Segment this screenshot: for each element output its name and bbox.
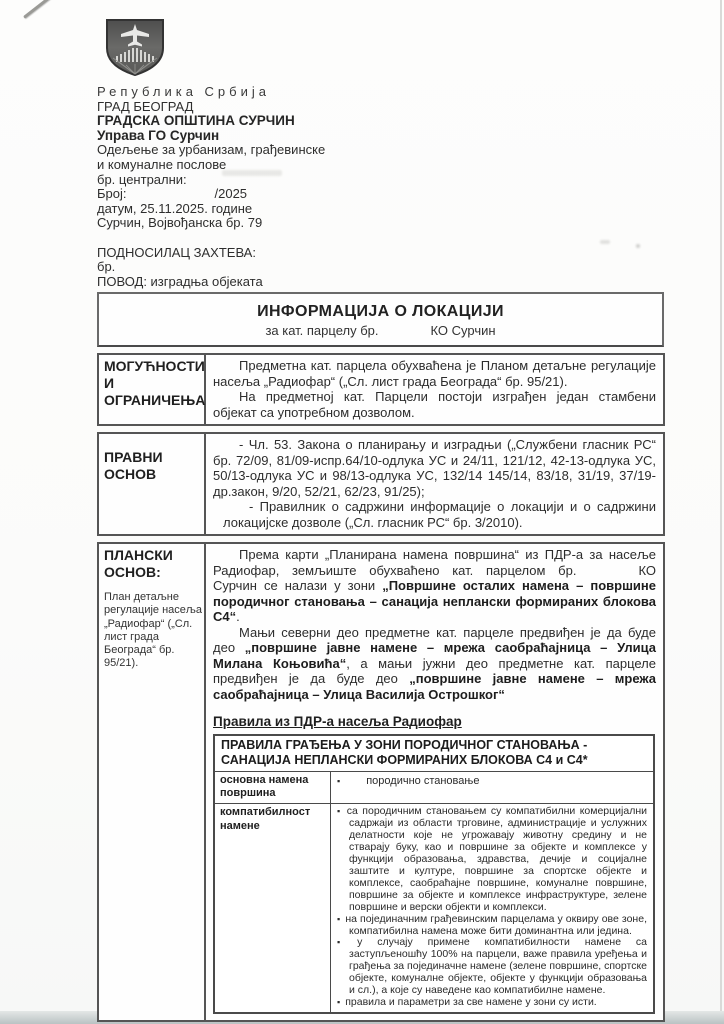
title-box: ИНФОРМАЦИЈА О ЛОКАЦИЈИ за кат. парцелу б… xyxy=(97,292,664,347)
legal-basis-content-cell: - Чл. 53. Закона о планирању и изградњи … xyxy=(206,434,663,534)
document-title: ИНФОРМАЦИЈА О ЛОКАЦИЈИ xyxy=(99,303,662,321)
legal-basis-table: ПРАВНИ ОСНОВ - Чл. 53. Закона о планирањ… xyxy=(97,432,665,536)
legal-basis-label-cell: ПРАВНИ ОСНОВ xyxy=(99,434,206,534)
coat-of-arms-icon xyxy=(104,18,166,76)
possibilities-label: МОГУЋНОСТИ И ОГРАНИЧЕЊА xyxy=(104,358,202,409)
place-line: Сурчин, Војвођанска бр. 79 xyxy=(97,216,668,231)
bullet-item: правила и параметри за све намене у зони… xyxy=(337,997,647,1009)
rules-heading: Правила из ПДР-а насеља Радиофар xyxy=(213,714,656,730)
planning-basis-table: ПЛАНСКИ ОСНОВ: План детаљне регулације н… xyxy=(97,542,665,1022)
office-line: Управа ГО Сурчин xyxy=(97,129,668,144)
bullet-list: породично становање xyxy=(337,774,647,788)
table-row: основна намена површина породично станов… xyxy=(215,772,653,804)
legal-basis-item: - Чл. 53. Закона о планирању и изградњи … xyxy=(213,437,656,499)
document-number-line: Број:/2025 xyxy=(97,187,668,202)
department-line-1: Одељење за урбанизам, грађевинске xyxy=(97,143,668,158)
bullet-item: у случају примене компатибилности намене… xyxy=(337,937,647,997)
bullet-list: са породичним становањем су компатибилни… xyxy=(337,806,647,1008)
bullet-item: са породичним становањем су компатибилни… xyxy=(337,806,647,913)
applicant-number: бр. xyxy=(97,260,668,274)
legal-basis-label: ПРАВНИ ОСНОВ xyxy=(104,449,202,483)
applicant-reason: ПОВОД: изградња објеката xyxy=(97,275,668,289)
department-line-2: и комуналне послове xyxy=(97,158,668,173)
staple-mark xyxy=(23,0,60,19)
possibilities-content-cell: Предметна кат. парцела обухваћена је Пла… xyxy=(206,355,663,424)
municipality-line: ГРАДСКА ОПШТИНА СУРЧИН xyxy=(97,114,668,129)
subtitle-suffix: КО Сурчин xyxy=(430,323,495,338)
planning-paragraph-2: Мањи северни део предметне кат. парцеле … xyxy=(213,625,656,703)
number-value: /2025 xyxy=(215,186,248,201)
planning-basis-content-cell: Према карти „Планирана намена површина“ … xyxy=(206,544,663,1020)
planning-paragraph-1: Према карти „Планирана намена површина“ … xyxy=(213,547,656,625)
bullet-item: на појединачним грађевинским парцелама у… xyxy=(337,914,647,938)
rule-row-label: компатибилност намене xyxy=(215,804,331,1011)
rule-row-label: основна намена површина xyxy=(215,772,331,803)
building-rules-header: ПРАВИЛА ГРАЂЕЊА У ЗОНИ ПОРОДИЧНОГ СТАНОВ… xyxy=(215,736,653,772)
scan-edge-line xyxy=(720,0,722,1024)
document-subtitle: за кат. парцелу бр.КО Сурчин xyxy=(99,323,662,338)
possibilities-label-cell: МОГУЋНОСТИ И ОГРАНИЧЕЊА xyxy=(99,355,206,424)
planning-basis-label: ПЛАНСКИ ОСНОВ: xyxy=(104,547,202,581)
table-row: компатибилност намене са породичним стан… xyxy=(215,804,653,1011)
city-line: ГРАД БЕОГРАД xyxy=(97,100,668,115)
redacted-number-gap xyxy=(127,197,215,198)
planning-basis-note: План детаљне регулације насеља „Радиофар… xyxy=(104,591,202,670)
possibilities-paragraph: На предметној кат. Парцели постоји изгра… xyxy=(213,389,656,420)
applicant-block: ПОДНОСИЛАЦ ЗАХТЕВА: бр. ПОВОД: изградња … xyxy=(97,246,668,289)
planning-basis-label-cell: ПЛАНСКИ ОСНОВ: План детаљне регулације н… xyxy=(99,544,206,1020)
number-label: Број: xyxy=(97,186,127,201)
rule-row-content: са породичним становањем су компатибилни… xyxy=(331,804,653,1011)
bullet-item: породично становање xyxy=(337,774,647,788)
rule-row-content: породично становање xyxy=(331,772,653,803)
redacted-parcel-gap xyxy=(378,334,430,335)
document-page: Република Србија ГРАД БЕОГРАД ГРАДСКА ОП… xyxy=(97,18,668,1022)
possibilities-table: МОГУЋНОСТИ И ОГРАНИЧЕЊА Предметна кат. п… xyxy=(97,353,665,426)
letterhead: Република Србија ГРАД БЕОГРАД ГРАДСКА ОП… xyxy=(97,18,668,231)
building-rules-table: ПРАВИЛА ГРАЂЕЊА У ЗОНИ ПОРОДИЧНОГ СТАНОВ… xyxy=(213,734,655,1014)
central-number-label: бр. централни: xyxy=(97,173,668,188)
republic-line: Република Србија xyxy=(97,85,668,100)
applicant-title: ПОДНОСИЛАЦ ЗАХТЕВА: xyxy=(97,246,668,260)
possibilities-paragraph: Предметна кат. парцела обухваћена је Пла… xyxy=(213,358,656,389)
subtitle-prefix: за кат. парцелу бр. xyxy=(265,323,378,338)
date-line: датум, 25.11.2025. године xyxy=(97,202,668,217)
legal-basis-item: - Правилник о садржини информације о лок… xyxy=(213,499,656,530)
